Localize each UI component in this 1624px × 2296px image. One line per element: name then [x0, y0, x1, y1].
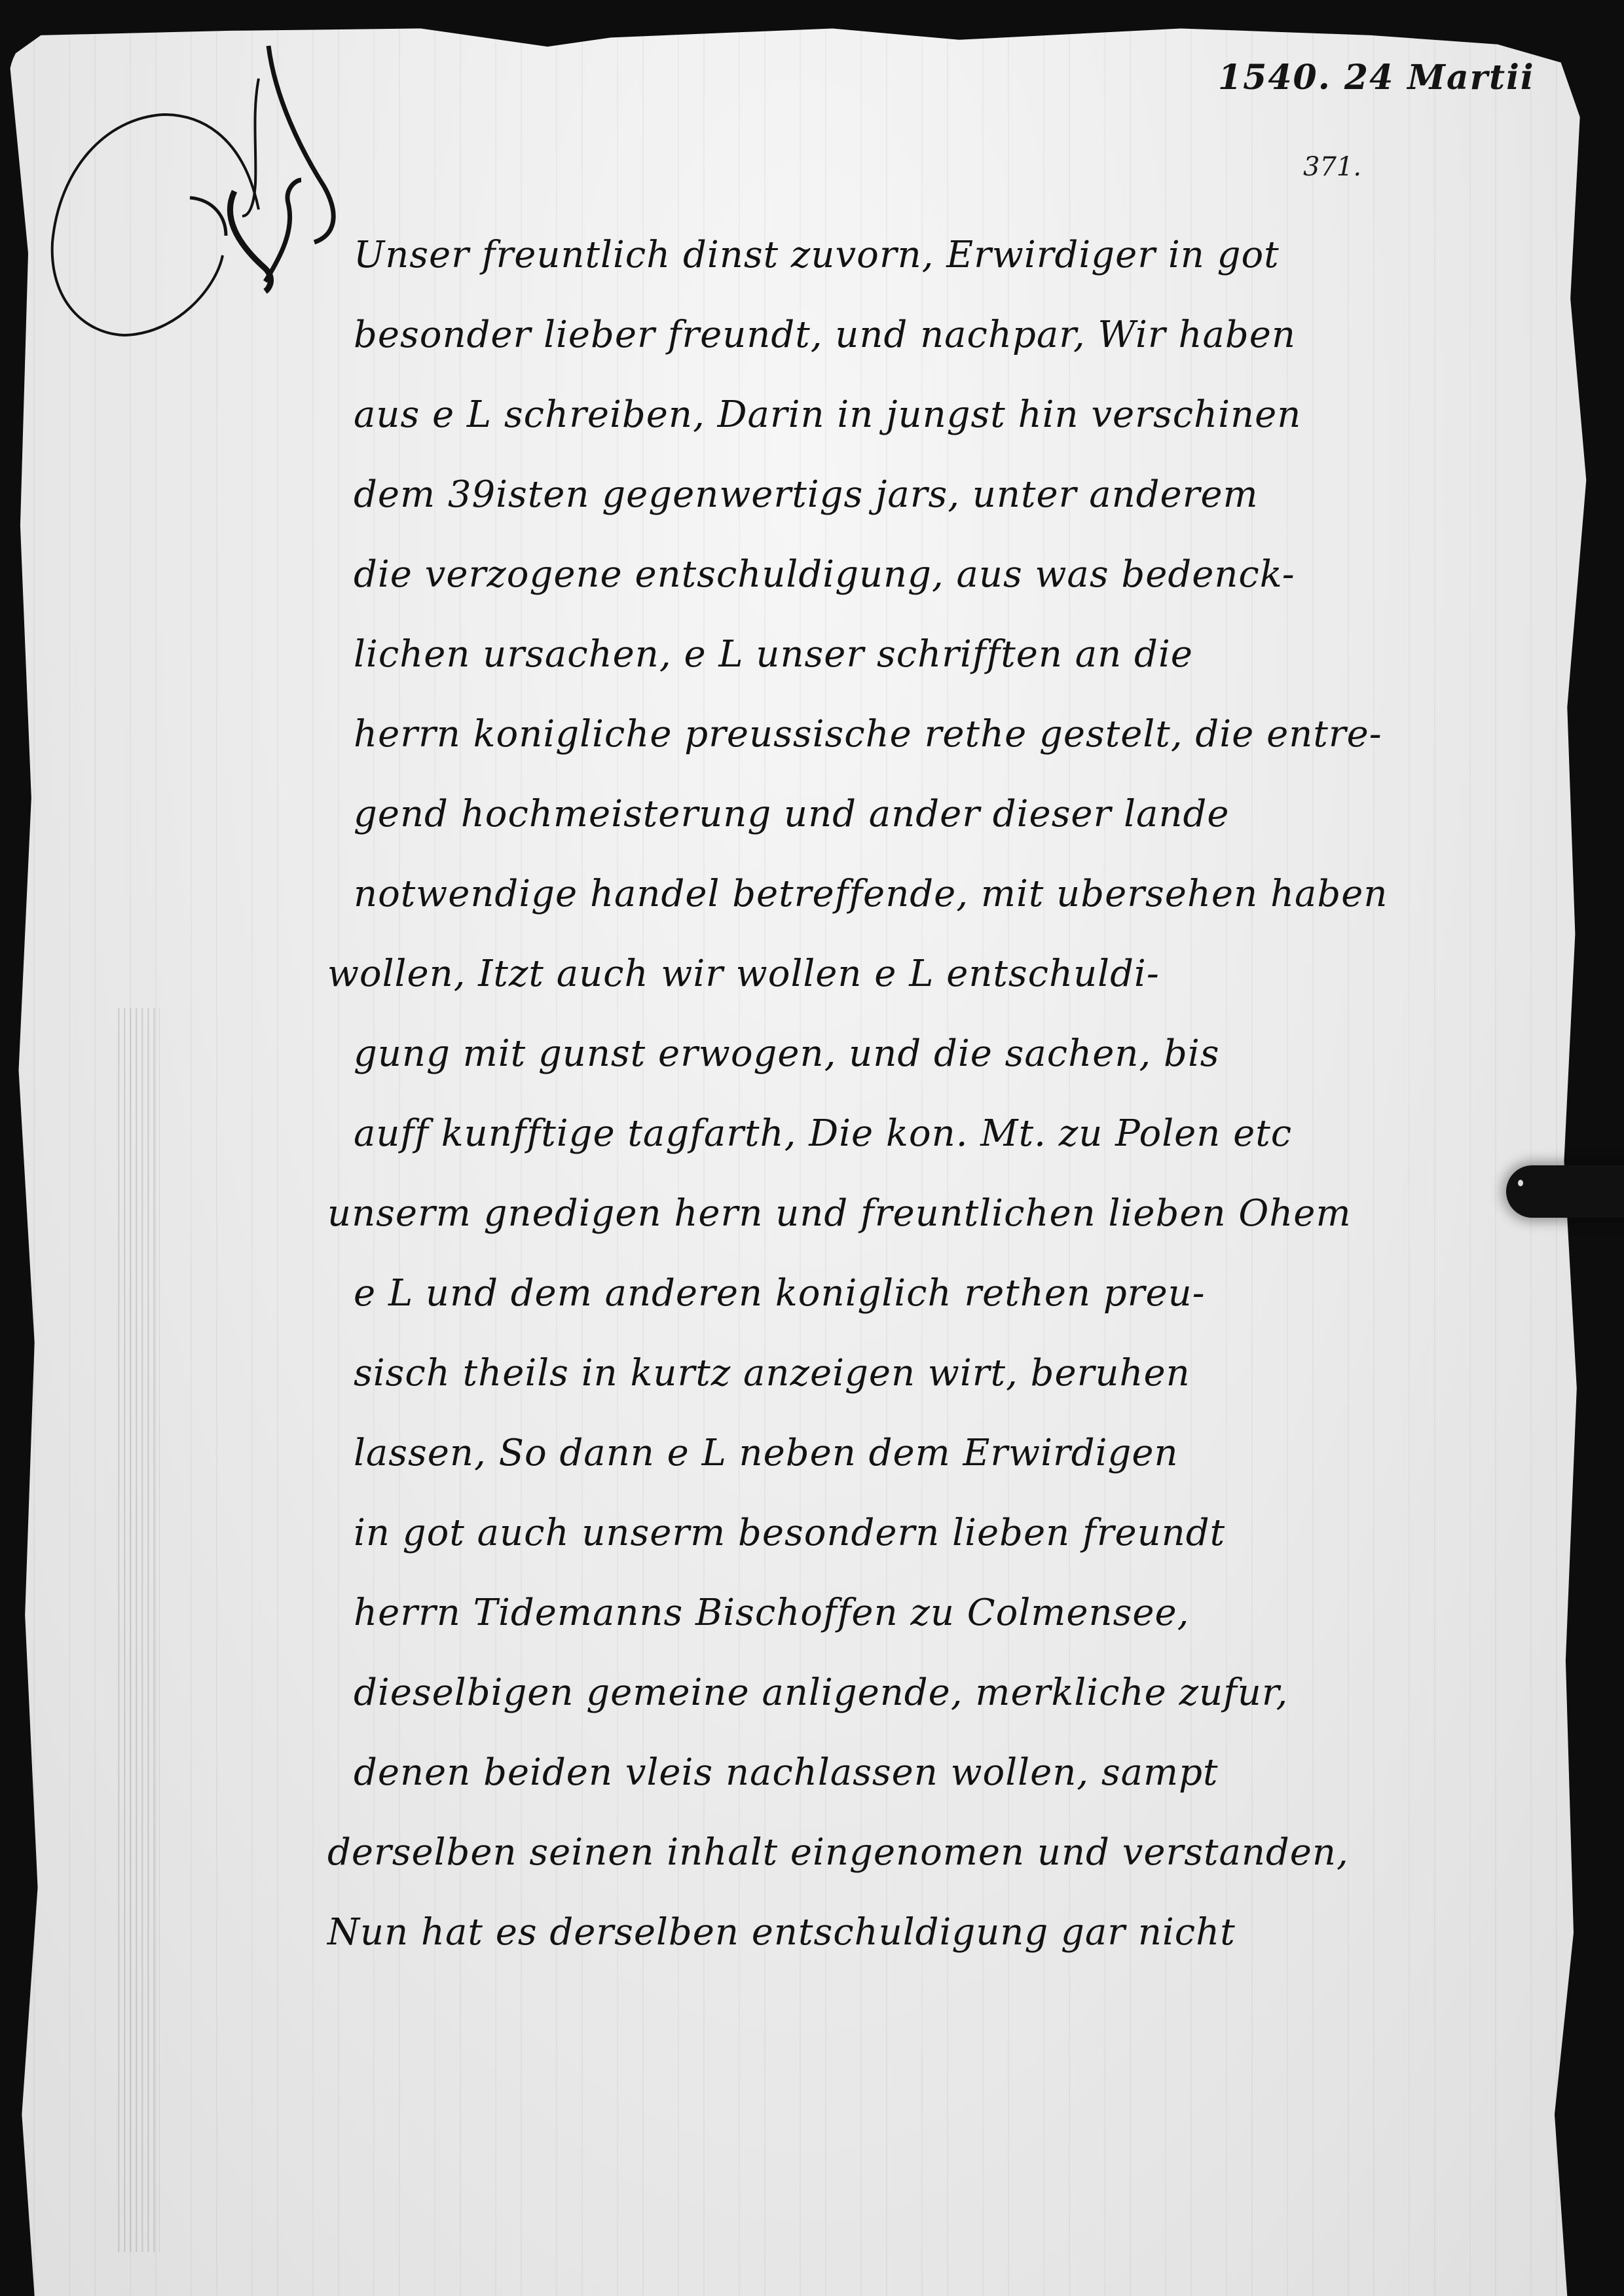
text-line: unserm gnedigen hern und freuntlichen li…: [327, 1194, 1519, 1274]
text-line: dieselbigen gemeine anligende, merkliche…: [354, 1673, 1519, 1753]
text-line: in got auch unserm besondern lieben freu…: [354, 1514, 1519, 1594]
text-line: Unser freuntlich dinst zuvorn, Erwirdige…: [354, 236, 1519, 316]
text-line: derselben seinen inhalt eingenomen und v…: [327, 1833, 1519, 1913]
text-line: Nun hat es derselben entschuldigung gar …: [327, 1913, 1519, 1993]
letter-body: Unser freuntlich dinst zuvorn, Erwirdige…: [354, 236, 1519, 1993]
text-line: notwendige handel betreffende, mit ubers…: [354, 875, 1519, 955]
text-line: lichen ursachen, e L unser schrifften an…: [354, 635, 1519, 715]
text-line: gung mit gunst erwogen, und die sachen, …: [354, 1034, 1519, 1114]
archival-date-note: 1540. 24 Martii: [1218, 58, 1535, 98]
text-line: herrn konigliche preussische rethe geste…: [354, 715, 1519, 795]
text-line: sisch theils in kurtz anzeigen wirt, ber…: [354, 1354, 1519, 1434]
folio-number: 371.: [1303, 152, 1361, 182]
text-line: auff kunfftige tagfarth, Die kon. Mt. zu…: [354, 1114, 1519, 1194]
decorated-initial-u: [26, 20, 393, 386]
text-line: wollen, Itzt auch wir wollen e L entschu…: [327, 955, 1519, 1034]
text-line: herrn Tidemanns Bischoffen zu Colmensee,: [354, 1594, 1519, 1673]
page-clip: [1506, 1165, 1624, 1218]
text-line: besonder lieber freundt, und nachpar, Wi…: [354, 316, 1519, 395]
text-line: dem 39isten gegenwertigs jars, unter and…: [354, 475, 1519, 555]
film-scratches: [114, 1008, 160, 2252]
text-line: lassen, So dann e L neben dem Erwirdigen: [354, 1434, 1519, 1514]
text-line: aus e L schreiben, Darin in jungst hin v…: [354, 395, 1519, 475]
text-line: e L und dem anderen koniglich rethen pre…: [354, 1274, 1519, 1354]
text-line: gend hochmeisterung und ander dieser lan…: [354, 795, 1519, 875]
text-line: denen beiden vleis nachlassen wollen, sa…: [354, 1753, 1519, 1833]
text-line: die verzogene entschuldigung, aus was be…: [354, 555, 1519, 635]
